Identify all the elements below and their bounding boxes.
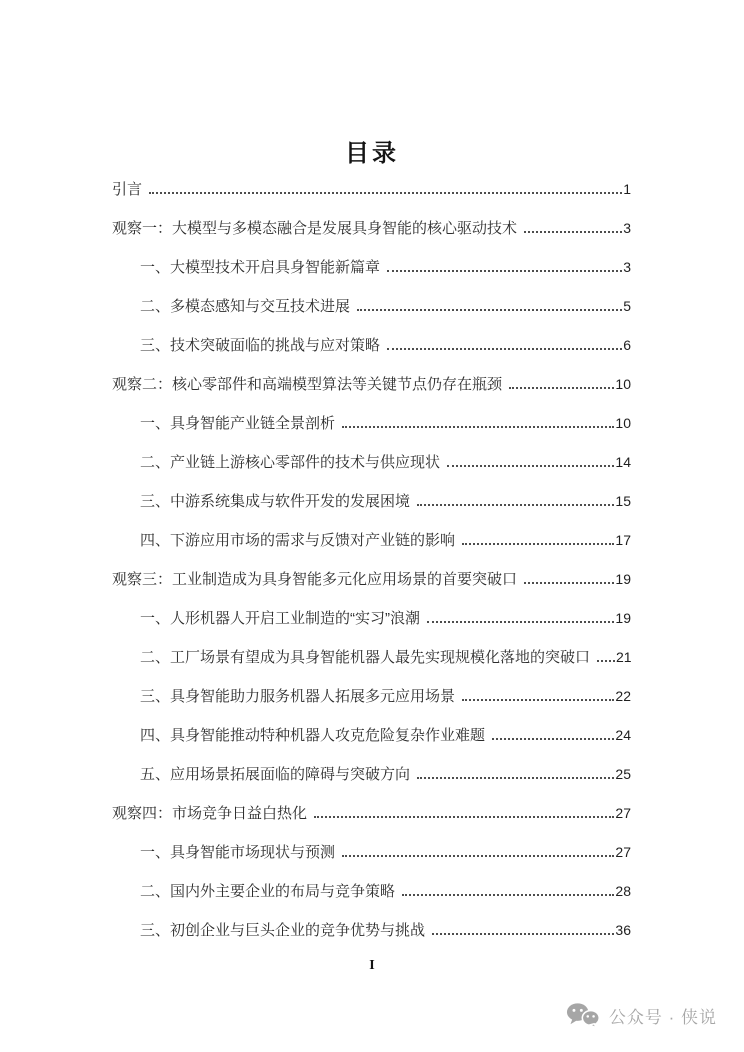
- toc-leader-dots: [462, 543, 614, 545]
- toc-entry-label: 三、技术突破面临的挑战与应对策略: [140, 334, 380, 355]
- toc-leader-dots: [462, 699, 614, 701]
- toc-entry-page: 14: [615, 454, 631, 470]
- toc-entry-label: 四、具身智能推动特种机器人攻克危险复杂作业难题: [140, 724, 485, 745]
- toc-entry-label: 二、工厂场景有望成为具身智能机器人最先实现规模化落地的突破口: [140, 646, 590, 667]
- toc-entry-page: 3: [623, 259, 631, 275]
- toc-entry-page: 27: [615, 805, 631, 821]
- toc-entry[interactable]: 三、具身智能助力服务机器人拓展多元应用场景 22: [112, 676, 631, 715]
- toc-entry-label: 四、下游应用市场的需求与反馈对产业链的影响: [140, 529, 455, 550]
- toc-entry-label: 三、初创企业与巨头企业的竞争优势与挑战: [140, 919, 425, 940]
- toc-entry-label: 一、具身智能市场现状与预测: [140, 841, 335, 862]
- toc-entry[interactable]: 二、多模态感知与交互技术进展 5: [112, 286, 631, 325]
- toc-entry-page: 10: [615, 376, 631, 392]
- toc-entry-label: 观察四：市场竞争日益白热化: [112, 802, 307, 823]
- toc-entry-label: 观察三：工业制造成为具身智能多元化应用场景的首要突破口: [112, 568, 517, 589]
- wechat-icon: [566, 1002, 600, 1029]
- toc-entry[interactable]: 二、工厂场景有望成为具身智能机器人最先实现规模化落地的突破口 21: [112, 637, 631, 676]
- toc-entry-label: 一、具身智能产业链全景剖析: [140, 412, 335, 433]
- toc-leader-dots: [357, 309, 622, 311]
- toc-entry-label: 观察二：核心零部件和高端模型算法等关键节点仍存在瓶颈: [112, 373, 502, 394]
- toc-entry[interactable]: 二、国内外主要企业的布局与竞争策略 28: [112, 871, 631, 910]
- toc-entry-page: 36: [615, 922, 631, 938]
- toc-leader-dots: [427, 621, 614, 623]
- toc-entry[interactable]: 引言 1: [112, 169, 631, 208]
- toc-leader-dots: [342, 855, 614, 857]
- toc-entry-page: 27: [615, 844, 631, 860]
- toc-leader-dots: [417, 504, 614, 506]
- toc-entry[interactable]: 观察一：大模型与多模态融合是发展具身智能的核心驱动技术 3: [112, 208, 631, 247]
- toc-entry-label: 一、大模型技术开启具身智能新篇章: [140, 256, 380, 277]
- toc-leader-dots: [492, 738, 614, 740]
- toc-entry-page: 17: [615, 532, 631, 548]
- toc-entry-label: 三、具身智能助力服务机器人拓展多元应用场景: [140, 685, 455, 706]
- toc-leader-dots: [387, 270, 622, 272]
- toc-entry[interactable]: 三、技术突破面临的挑战与应对策略 6: [112, 325, 631, 364]
- toc-entry-page: 24: [615, 727, 631, 743]
- toc-leader-dots: [342, 426, 614, 428]
- toc-entry-label: 引言: [112, 178, 142, 199]
- toc-leader-dots: [432, 933, 614, 935]
- toc-entry-page: 3: [623, 220, 631, 236]
- watermark-badge: 公众号 · 侠说: [566, 1002, 717, 1029]
- toc-entry[interactable]: 三、初创企业与巨头企业的竞争优势与挑战 36: [112, 910, 631, 949]
- toc-entry[interactable]: 一、人形机器人开启工业制造的“实习”浪潮 19: [112, 598, 631, 637]
- toc-entry[interactable]: 二、产业链上游核心零部件的技术与供应现状 14: [112, 442, 631, 481]
- toc-entry[interactable]: 一、具身智能产业链全景剖析 10: [112, 403, 631, 442]
- toc-entry-page: 6: [623, 337, 631, 353]
- toc-entry-label: 二、多模态感知与交互技术进展: [140, 295, 350, 316]
- page-number-footer: I: [0, 958, 744, 974]
- toc-entry-label: 二、国内外主要企业的布局与竞争策略: [140, 880, 395, 901]
- toc-leader-dots: [524, 231, 622, 233]
- toc-leader-dots: [149, 192, 622, 194]
- toc-entry-label: 一、人形机器人开启工业制造的“实习”浪潮: [140, 607, 420, 628]
- toc-entry-label: 五、应用场景拓展面临的障碍与突破方向: [140, 763, 410, 784]
- toc-entry-page: 19: [615, 610, 631, 626]
- toc-leader-dots: [597, 660, 615, 662]
- toc-entry-page: 21: [616, 649, 632, 665]
- toc-leader-dots: [417, 777, 614, 779]
- toc-entry[interactable]: 一、具身智能市场现状与预测 27: [112, 832, 631, 871]
- toc-entry[interactable]: 一、大模型技术开启具身智能新篇章 3: [112, 247, 631, 286]
- toc-entry-page: 1: [623, 181, 631, 197]
- toc-entry-label: 二、产业链上游核心零部件的技术与供应现状: [140, 451, 440, 472]
- toc-entry-page: 10: [615, 415, 631, 431]
- toc-leader-dots: [314, 816, 614, 818]
- toc-entry[interactable]: 四、下游应用市场的需求与反馈对产业链的影响 17: [112, 520, 631, 559]
- toc-entry[interactable]: 观察二：核心零部件和高端模型算法等关键节点仍存在瓶颈 10: [112, 364, 631, 403]
- toc-entry[interactable]: 五、应用场景拓展面临的障碍与突破方向 25: [112, 754, 631, 793]
- page-title: 目录: [0, 133, 744, 168]
- toc-leader-dots: [524, 582, 614, 584]
- toc-leader-dots: [402, 894, 614, 896]
- toc-leader-dots: [509, 387, 614, 389]
- toc-entry-label: 观察一：大模型与多模态融合是发展具身智能的核心驱动技术: [112, 217, 517, 238]
- toc-entry-page: 25: [615, 766, 631, 782]
- toc-entry-page: 5: [623, 298, 631, 314]
- toc-entry-page: 22: [615, 688, 631, 704]
- toc-leader-dots: [387, 348, 622, 350]
- toc-list: 引言 1 观察一：大模型与多模态融合是发展具身智能的核心驱动技术 3 一、大模型…: [112, 169, 631, 949]
- toc-entry[interactable]: 三、中游系统集成与软件开发的发展困境 15: [112, 481, 631, 520]
- toc-entry-page: 15: [615, 493, 631, 509]
- toc-leader-dots: [447, 465, 614, 467]
- toc-entry[interactable]: 观察四：市场竞争日益白热化 27: [112, 793, 631, 832]
- toc-entry-label: 三、中游系统集成与软件开发的发展困境: [140, 490, 410, 511]
- toc-entry-page: 19: [615, 571, 631, 587]
- toc-entry-page: 28: [615, 883, 631, 899]
- watermark-label: 公众号 · 侠说: [609, 1003, 717, 1028]
- toc-entry[interactable]: 四、具身智能推动特种机器人攻克危险复杂作业难题 24: [112, 715, 631, 754]
- toc-entry[interactable]: 观察三：工业制造成为具身智能多元化应用场景的首要突破口 19: [112, 559, 631, 598]
